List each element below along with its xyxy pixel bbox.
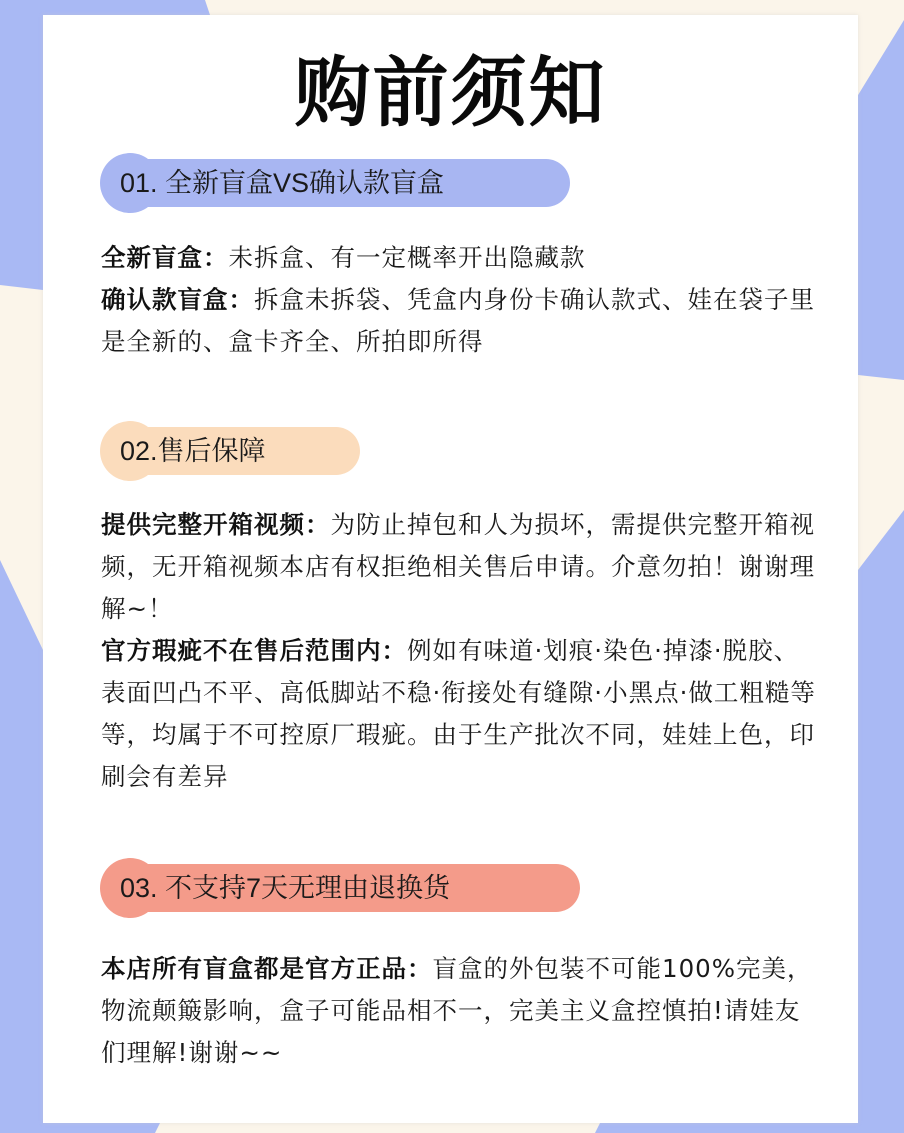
section-1-heading: 01. 全新盲盒VS确认款盲盒 [120,153,444,213]
paragraph: 提供完整开箱视频：为防止掉包和人为损坏，需提供完整开箱视频，无开箱视频本店有权拒… [101,504,821,630]
section-2-badge: 02.售后保障 [100,421,360,481]
paragraph: 本店所有盲盒都是官方正品：盲盒的外包装不可能100%完美，物流颠簸影响，盒子可能… [101,948,821,1074]
paragraph-label: 官方瑕疵不在售后范围内： [101,636,407,665]
paragraph: 确认款盲盒：拆盒未拆袋、凭盒内身份卡确认款式、娃在袋子里是全新的、盒卡齐全、所拍… [101,279,821,363]
paragraph-text: 未拆盒、有一定概率开出隐藏款 [229,243,586,272]
section-3-body: 本店所有盲盒都是官方正品：盲盒的外包装不可能100%完美，物流颠簸影响，盒子可能… [101,948,821,1074]
section-1-badge: 01. 全新盲盒VS确认款盲盒 [100,153,570,213]
paragraph-label: 确认款盲盒： [101,285,254,314]
section-3-heading: 03. 不支持7天无理由退换货 [120,858,450,918]
page-title: 购前须知 [43,49,858,137]
paragraph: 全新盲盒：未拆盒、有一定概率开出隐藏款 [101,237,821,279]
paragraph-label: 提供完整开箱视频： [101,510,331,539]
section-3-badge: 03. 不支持7天无理由退换货 [100,858,580,918]
section-2-heading: 02.售后保障 [120,421,266,481]
section-2-body: 提供完整开箱视频：为防止掉包和人为损坏，需提供完整开箱视频，无开箱视频本店有权拒… [101,504,821,798]
paragraph: 官方瑕疵不在售后范围内：例如有味道·划痕·染色·掉漆·脱胶、表面凹凸不平、高低脚… [101,630,821,798]
notice-card: 购前须知 01. 全新盲盒VS确认款盲盒 全新盲盒：未拆盒、有一定概率开出隐藏款… [43,15,858,1123]
paragraph-label: 全新盲盒： [101,243,229,272]
paragraph-label: 本店所有盲盒都是官方正品： [101,954,433,983]
section-1-body: 全新盲盒：未拆盒、有一定概率开出隐藏款 确认款盲盒：拆盒未拆袋、凭盒内身份卡确认… [101,237,821,363]
